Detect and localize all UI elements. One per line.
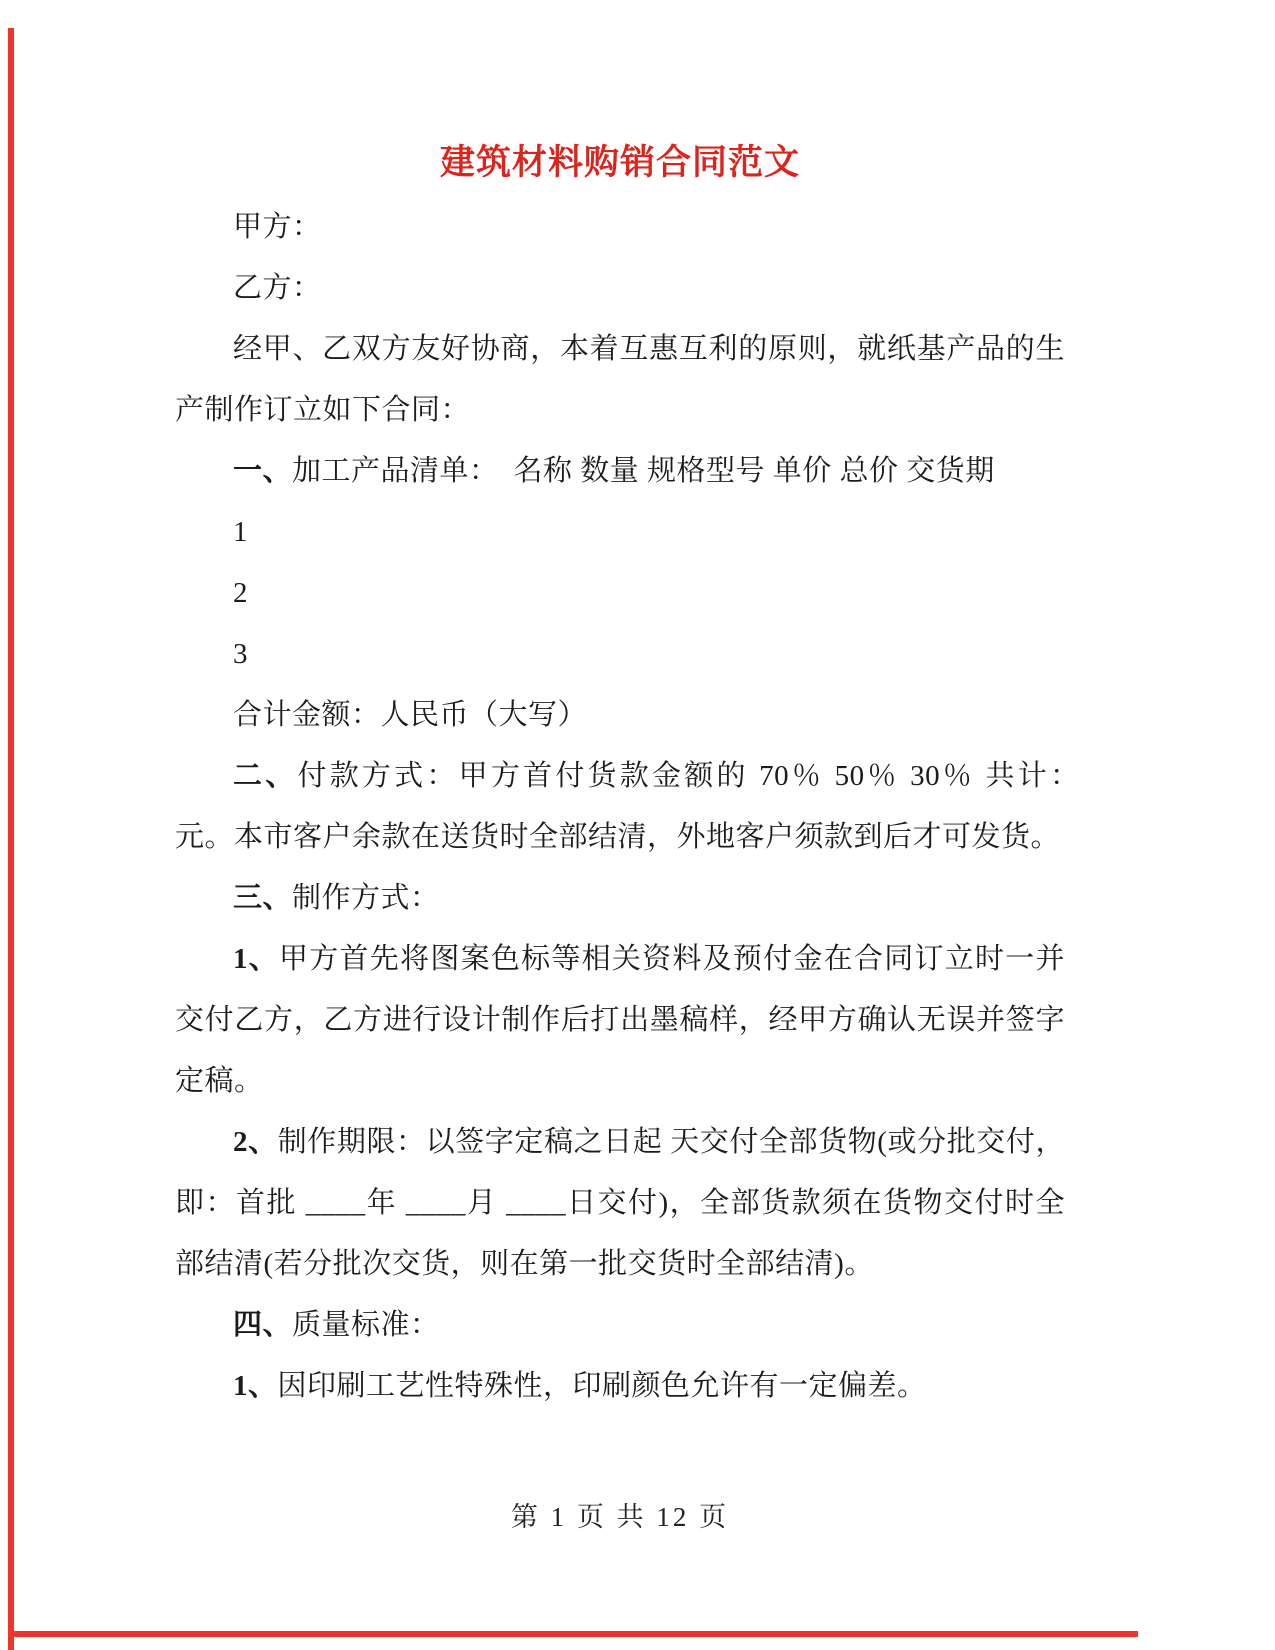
paragraph-text: 甲方首先将图案色标等相关资料及预付金在合同订立时一并交付乙方，乙方进行设计制作后… — [175, 943, 1065, 1097]
contract-body: 甲方： 乙方： 经甲、乙双方友好协商，本着互惠互利的原则，就纸基产品的生产制作订… — [175, 197, 1065, 1417]
contract-document-page: 建筑材料购销合同范文 甲方： 乙方： 经甲、乙双方友好协商，本着互惠互利的原则，… — [0, 0, 1275, 1650]
page-border-bottom-line — [8, 1631, 1138, 1637]
paragraph-text: 制作方式： — [292, 882, 440, 914]
clause-number: 三、 — [233, 882, 292, 914]
paragraph-text: 付款方式：甲方首付货款金额的 70％ 50％ 30％ 共计： 元。本市客户余款在… — [175, 760, 1095, 853]
list-item-3: 3 — [175, 624, 1065, 685]
paragraph-text: 加工产品清单： 名称 数量 规格型号 单价 总价 交货期 — [292, 455, 995, 487]
paragraph-text: 2 — [233, 577, 248, 609]
list-item-2: 2 — [175, 563, 1065, 624]
party-b-line: 乙方： — [175, 258, 1065, 319]
paragraph-text: 3 — [233, 638, 248, 670]
preamble-paragraph: 经甲、乙双方友好协商，本着互惠互利的原则，就纸基产品的生产制作订立如下合同： — [175, 319, 1065, 441]
quality-item-1: 1、因印刷工艺性特殊性，印刷颜色允许有一定偏差。 — [175, 1356, 1065, 1417]
party-a-line: 甲方： — [175, 197, 1065, 258]
item-number: 1、 — [233, 943, 279, 975]
total-amount-line: 合计金额：人民币（大写） — [175, 685, 1065, 746]
paragraph-text: 制作期限：以签字定稿之日起 天交付全部货物(或分批交付，即：首批 ____年 _… — [175, 1126, 1065, 1280]
item-number: 1、 — [233, 1370, 278, 1402]
page-footer-page-number: 第 1 页 共 12 页 — [175, 1497, 1065, 1537]
paragraph-text: 因印刷工艺性特殊性，印刷颜色允许有一定偏差。 — [278, 1370, 927, 1402]
clause-number: 二、 — [233, 760, 297, 792]
clause-4-quality-standard: 四、质量标准： — [175, 1295, 1065, 1356]
paragraph-text: 经甲、乙双方友好协商，本着互惠互利的原则，就纸基产品的生产制作订立如下合同： — [175, 333, 1065, 426]
paragraph-text: 甲方： — [233, 211, 322, 243]
paragraph-text: 1 — [233, 516, 248, 548]
item-number: 2、 — [233, 1126, 278, 1158]
paragraph-text: 合计金额：人民币（大写） — [233, 699, 587, 731]
production-step-2-deadline: 2、制作期限：以签字定稿之日起 天交付全部货物(或分批交付，即：首批 ____年… — [175, 1112, 1065, 1295]
paragraph-text: 乙方： — [233, 272, 322, 304]
production-step-1: 1、甲方首先将图案色标等相关资料及预付金在合同订立时一并交付乙方，乙方进行设计制… — [175, 929, 1065, 1112]
clause-number: 四、 — [233, 1309, 292, 1341]
clause-2-payment: 二、付款方式：甲方首付货款金额的 70％ 50％ 30％ 共计： 元。本市客户余… — [175, 746, 1065, 868]
paragraph-text: 质量标准： — [292, 1309, 440, 1341]
clause-number: 一、 — [233, 455, 292, 487]
clause-1-product-list: 一、加工产品清单： 名称 数量 规格型号 单价 总价 交货期 — [175, 441, 1065, 502]
list-item-1: 1 — [175, 502, 1065, 563]
page-title: 建筑材料购销合同范文 — [175, 140, 1065, 186]
page-border-left-line — [8, 28, 14, 1650]
clause-3-production-method: 三、制作方式： — [175, 868, 1065, 929]
